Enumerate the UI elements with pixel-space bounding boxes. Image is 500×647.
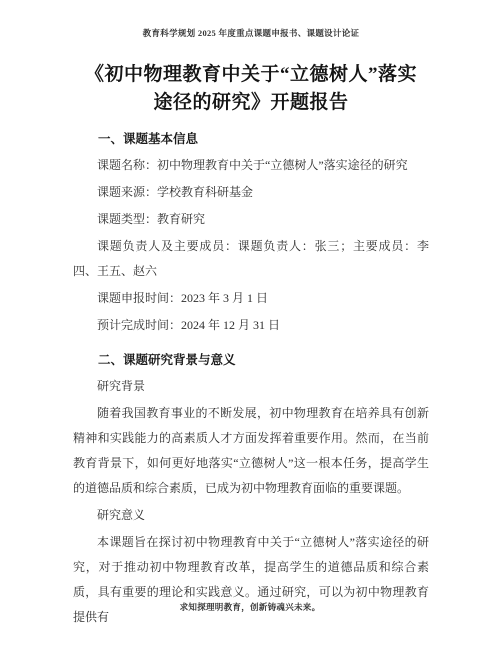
basic-info-item-name: 课题名称：初中物理教育中关于“立德树人”落实途径的研究 [73, 153, 429, 178]
section-heading-basic-info: 一、课题基本信息 [73, 127, 429, 151]
basic-info-item-source: 课题来源：学校教育科研基金 [73, 180, 429, 205]
paragraph-research-background: 随着我国教育事业的不断发展，初中物理教育在培养具有创新精神和实践能力的高素质人才… [73, 401, 429, 501]
basic-info-item-finish-date: 预计完成时间：2024 年 12 月 31 日 [73, 313, 429, 338]
basic-info-item-members: 课题负责人及主要成员：课题负责人：张三；主要成员：李四、王五、赵六 [73, 234, 429, 284]
footer-slogan: 求知探理明教育，创新铸魂兴未来。 [0, 601, 500, 613]
document-page: 教育科学规划 2025 年度重点课题申报书、课题设计论证 《初中物理教育中关于“… [0, 0, 500, 647]
paragraph-research-significance: 本课题旨在探讨初中物理教育中关于“立德树人”落实途径的研究，对于推动初中物理教育… [73, 530, 429, 630]
document-content: 教育科学规划 2025 年度重点课题申报书、课题设计论证 《初中物理教育中关于“… [0, 28, 500, 630]
subheading-research-background: 研究背景 [73, 374, 429, 399]
document-title-line-2: 途径的研究》开题报告 [73, 89, 429, 117]
document-header-note: 教育科学规划 2025 年度重点课题申报书、课题设计论证 [73, 28, 429, 39]
section-heading-background: 二、课题研究背景与意义 [73, 348, 429, 372]
document-title: 《初中物理教育中关于“立德树人”落实 途径的研究》开题报告 [73, 61, 429, 117]
basic-info-item-type: 课题类型：教育研究 [73, 207, 429, 232]
document-title-line-1: 《初中物理教育中关于“立德树人”落实 [73, 61, 429, 89]
subheading-research-significance: 研究意义 [73, 503, 429, 528]
basic-info-item-apply-date: 课题申报时间：2023 年 3 月 1 日 [73, 286, 429, 311]
